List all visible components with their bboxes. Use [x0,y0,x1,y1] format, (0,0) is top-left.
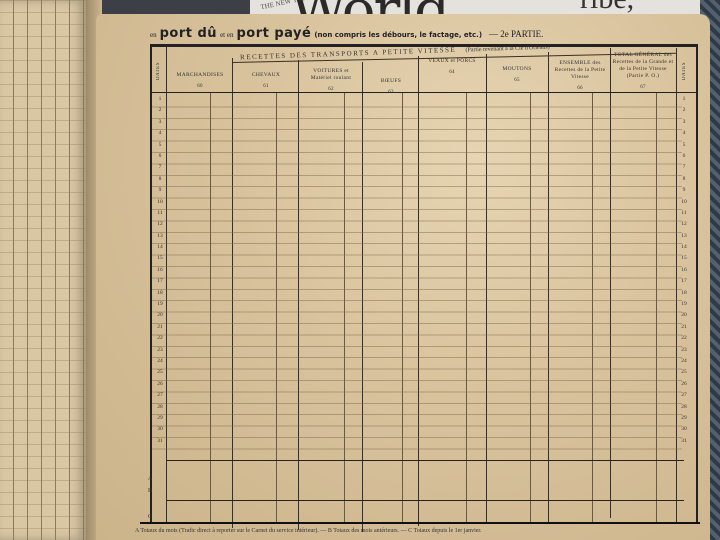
ruled-rows [152,96,682,456]
left-ledger-page [0,0,86,540]
row-num: 3 [154,117,166,128]
row-num: 2 [154,105,166,116]
row-num: 2 [678,105,690,116]
row-num: 3 [678,117,690,128]
row-num: 28 [678,402,690,413]
row-num: 5 [678,140,690,151]
row-num: 12 [678,219,690,230]
row-num: 30 [678,424,690,435]
row-num: 6 [678,151,690,162]
total-row-b: B [148,488,152,494]
col-head-ensemble: ENSEMBLE des Recettes de la Petite Vites… [552,60,608,92]
totals-rule-middle [167,500,684,501]
row-num: 1 [678,94,690,105]
row-num: 24 [678,356,690,367]
row-num: 4 [154,128,166,139]
row-num: 19 [678,299,690,310]
col-head-voitures: VOITURES et Matériel roulant62 [302,68,360,93]
row-num: 4 [678,128,690,139]
row-num: 22 [678,333,690,344]
row-num: 7 [154,162,166,173]
header-partie: — 2e PARTIE. [489,29,543,39]
row-num: 18 [154,288,166,299]
row-num: 23 [678,345,690,356]
row-num: 13 [154,231,166,242]
row-num: 31 [678,436,690,447]
total-row-a: A [148,476,152,482]
row-num: 6 [154,151,166,162]
row-num: 14 [678,242,690,253]
row-num: 8 [678,174,690,185]
row-numbers-right: 1 2 3 4 5 6 7 8 9 10 11 12 13 14 15 16 1… [678,94,690,447]
row-num: 10 [154,197,166,208]
dates-label-right: DATES [682,62,687,80]
row-num: 26 [154,379,166,390]
row-num: 14 [154,242,166,253]
row-num: 17 [678,276,690,287]
header-rule [152,92,696,93]
row-num: 21 [678,322,690,333]
row-num: 11 [154,208,166,219]
row-num: 16 [678,265,690,276]
row-num: 20 [154,310,166,321]
header-port-paye: port payé [236,26,311,41]
col-head-total-general: TOTAL GÉNÉRAL des Recettes de la Grande … [612,52,674,91]
row-num: 24 [154,356,166,367]
row-num: 23 [154,345,166,356]
row-num: 29 [678,413,690,424]
row-num: 9 [678,185,690,196]
row-num: 15 [678,253,690,264]
row-num: 27 [678,390,690,401]
row-num: 28 [154,402,166,413]
header-port-du: port dû [160,26,217,41]
row-num: 9 [154,185,166,196]
footer-rule [140,522,700,524]
row-num: 11 [678,208,690,219]
col-head-chevaux: CHEVAUX61 [234,72,298,90]
col-head-marchandises: MARCHANDISES60 [168,72,232,90]
header-text-et-en: et en [220,31,233,39]
row-num: 27 [154,390,166,401]
row-num: 15 [154,253,166,264]
dates-label-left: DATES [156,62,161,80]
row-num: 19 [154,299,166,310]
row-num: 25 [154,367,166,378]
row-num: 12 [154,219,166,230]
row-num: 5 [154,140,166,151]
col-head-veaux-porcs: VEAUX et PORCS64 [422,58,482,76]
row-num: 21 [154,322,166,333]
row-num: 22 [154,333,166,344]
row-num: 13 [678,231,690,242]
col-head-moutons: MOUTONS65 [488,66,546,84]
row-num: 17 [154,276,166,287]
row-num: 25 [678,367,690,378]
row-num: 8 [154,174,166,185]
row-num: 7 [678,162,690,173]
row-num: 26 [678,379,690,390]
row-numbers-left: 1 2 3 4 5 6 7 8 9 10 11 12 13 14 15 16 1… [154,94,166,447]
row-num: 18 [678,288,690,299]
row-num: 31 [154,436,166,447]
col-head-boeufs: BŒUFS63 [364,78,418,96]
row-num: 30 [154,424,166,435]
row-num: 16 [154,265,166,276]
row-num: 10 [678,197,690,208]
header-text-en: en [150,31,157,39]
header-conditions: (non compris les débours, le factage, et… [314,31,482,39]
row-num: 20 [678,310,690,321]
row-num: 1 [154,94,166,105]
totals-rule-top [167,460,684,461]
total-row-c: C [148,514,152,520]
footer-legend: A Totaux du mois (Trafic direct à report… [135,528,482,534]
row-num: 29 [154,413,166,424]
page-header: en port dû et en port payé (non compris … [150,26,710,41]
